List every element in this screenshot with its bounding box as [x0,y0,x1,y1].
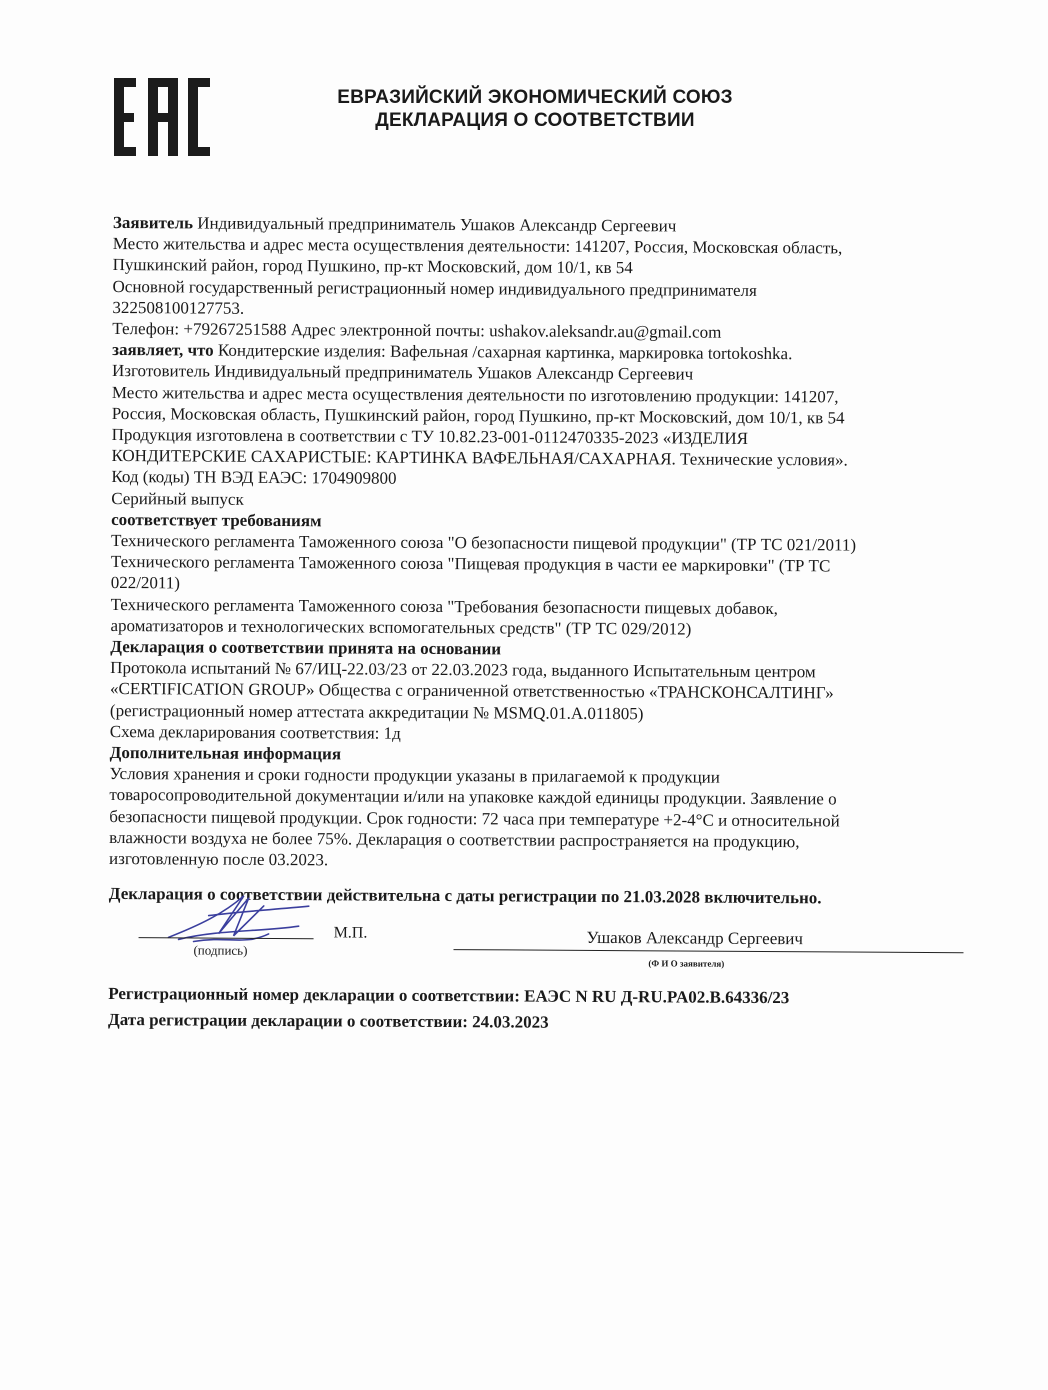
declares-label: заявляет, что [112,340,214,360]
signature-block: (подпись) М.П. Ушаков Александр Сергееви… [108,906,968,971]
document-title: ДЕКЛАРАЦИЯ О СООТВЕТСТВИИ [300,109,770,132]
declaration-body: Заявитель Индивидуальный предприниматель… [108,212,973,1038]
eac-logo-icon [112,76,212,158]
stamp-placeholder: М.П. [334,922,368,943]
name-line [454,949,964,953]
declaration-page: ЕВРАЗИЙСКИЙ ЭКОНОМИЧЕСКИЙ СОЮЗ ДЕКЛАРАЦИ… [0,0,1048,1390]
signatory-name: Ушаков Александр Сергеевич [587,926,804,949]
document-header: ЕВРАЗИЙСКИЙ ЭКОНОМИЧЕСКИЙ СОЮЗ ДЕКЛАРАЦИ… [300,86,770,132]
applicant-name: Индивидуальный предприниматель Ушаков Ал… [193,213,676,235]
product-description: Кондитерские изделия: Вафельная /сахарна… [214,341,793,364]
registration-date: Дата регистрации декларации о соответств… [108,1006,968,1037]
signature-caption: (подпись) [193,939,247,961]
union-title: ЕВРАЗИЙСКИЙ ЭКОНОМИЧЕСКИЙ СОЮЗ [300,86,770,109]
applicant-label: Заявитель [113,213,193,232]
name-caption: (Ф И О заявителя) [648,953,724,975]
